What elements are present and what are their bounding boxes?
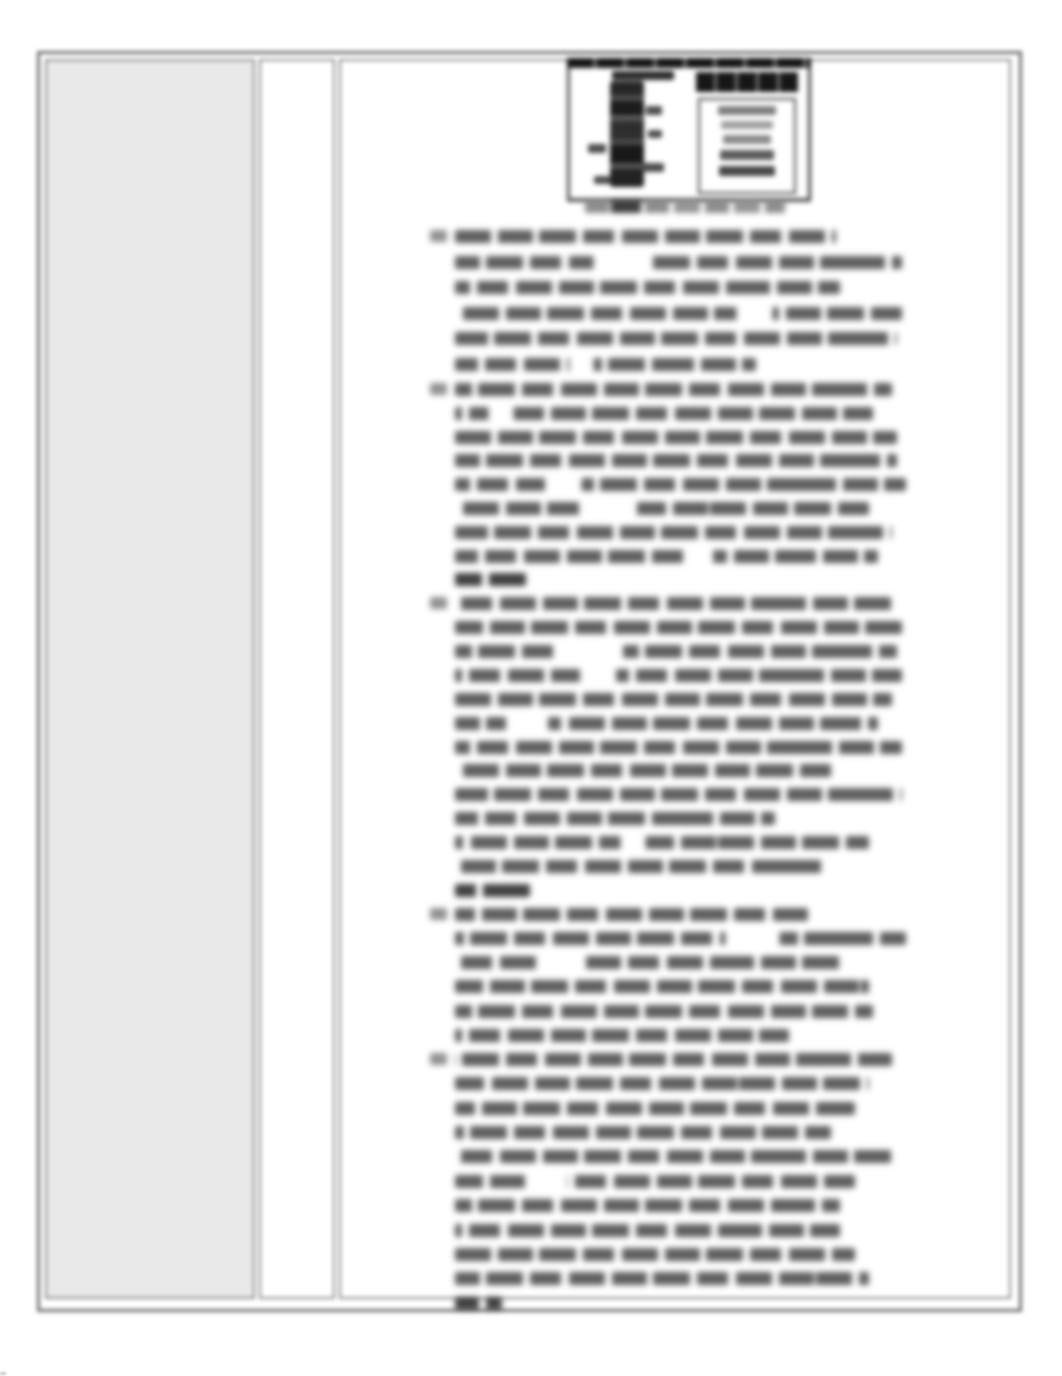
list-item <box>455 230 925 371</box>
text-line <box>455 502 869 515</box>
figure-right-box <box>698 98 796 194</box>
text-line <box>455 621 902 634</box>
text-line <box>455 573 526 586</box>
text-line <box>455 717 878 730</box>
list-item-marker <box>430 230 447 242</box>
text-line <box>455 1126 831 1139</box>
figure-mark <box>594 176 610 184</box>
text-line <box>455 454 897 467</box>
text-line <box>455 230 836 243</box>
text-line <box>455 693 892 706</box>
page-sheet <box>0 0 1062 1376</box>
figure-text-row <box>723 135 772 144</box>
text-line <box>455 1150 892 1163</box>
figure-text-row <box>718 106 776 115</box>
text-line <box>455 764 831 777</box>
text-line <box>455 1224 840 1237</box>
document-table <box>37 51 1022 1312</box>
figure-left-title-text <box>612 71 674 80</box>
text-line <box>455 956 840 969</box>
figure-mark <box>648 130 662 138</box>
text-line <box>455 1248 855 1261</box>
list-item-marker <box>430 597 447 609</box>
text-line <box>455 1077 869 1090</box>
text-line <box>455 812 775 825</box>
text-line <box>455 1029 789 1042</box>
text-line <box>455 478 906 491</box>
text-line <box>455 358 756 371</box>
text-line <box>455 1272 869 1285</box>
list-item <box>455 1053 925 1310</box>
text-line <box>455 1297 502 1310</box>
text-line <box>455 550 878 563</box>
table-middle-cell <box>259 59 335 1299</box>
text-line <box>455 908 808 921</box>
figure-right-header <box>696 72 798 92</box>
list-item <box>455 908 925 1042</box>
text-line <box>455 1053 892 1066</box>
list-item <box>455 383 925 586</box>
text-line <box>455 980 869 993</box>
page-corner-artifact <box>0 1372 6 1375</box>
numbered-list <box>455 230 925 1321</box>
figure-text-row <box>721 121 773 129</box>
text-line <box>455 1175 855 1188</box>
figure-mark <box>646 106 662 115</box>
figure-text-row <box>719 166 775 176</box>
text-line <box>455 281 840 294</box>
list-item <box>455 597 925 897</box>
text-line <box>455 526 892 539</box>
text-line <box>455 932 906 945</box>
text-line <box>455 1102 855 1115</box>
text-line <box>455 597 892 610</box>
figure-top-border <box>567 58 811 68</box>
figure-mark <box>588 144 606 153</box>
text-line <box>455 669 902 682</box>
list-item-marker <box>430 1053 447 1065</box>
text-line <box>455 307 902 320</box>
text-line <box>455 332 897 345</box>
list-item-marker <box>430 383 447 395</box>
text-line <box>455 431 897 444</box>
figure-caption <box>585 200 785 213</box>
figure-illustration-column <box>610 81 644 187</box>
figure-text-row <box>720 150 775 160</box>
text-line <box>455 860 822 873</box>
figure-mark <box>642 163 664 172</box>
table-main-cell <box>339 59 1011 1299</box>
text-line <box>455 1199 840 1212</box>
figure-left-panel <box>572 70 684 196</box>
text-line <box>455 836 869 849</box>
text-line <box>455 383 892 396</box>
text-line <box>455 1005 873 1018</box>
text-line <box>455 256 902 269</box>
text-line <box>455 407 873 420</box>
text-line <box>455 788 902 801</box>
list-item-marker <box>430 908 447 920</box>
figure-right-panel <box>690 70 806 196</box>
table-left-cell <box>45 59 255 1299</box>
text-line <box>455 645 897 658</box>
text-line <box>455 884 530 897</box>
embedded-figure <box>567 58 811 202</box>
text-line <box>455 741 902 754</box>
